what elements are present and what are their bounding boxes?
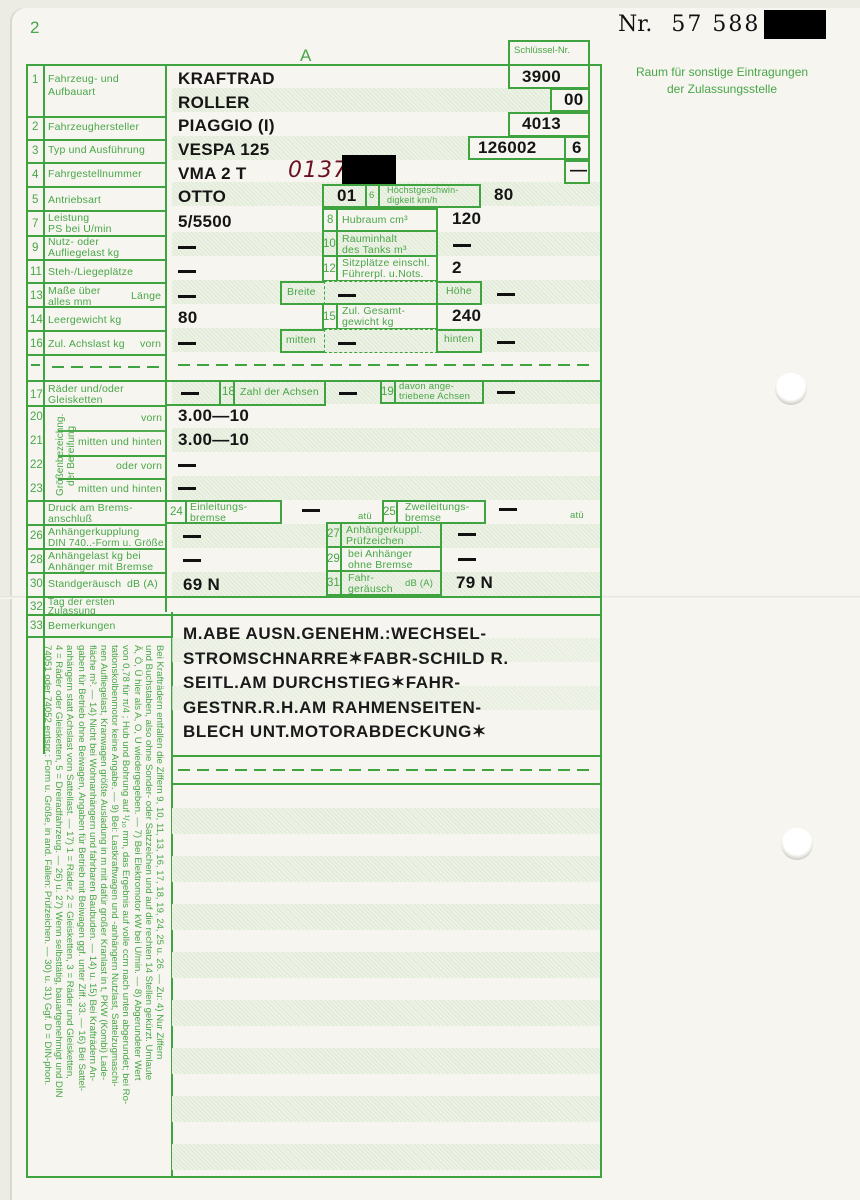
field-label: PS bei U/min [48,224,112,235]
footnote-line: von 0,78 für π/4 ; Hub und Bohrung auf ¹… [120,645,131,1104]
field-label: Antriebsart [48,195,101,206]
standing-noise-value: 69 N [183,575,220,595]
remarks-line: SEITL.AM DURCHSTIEG✶FAHR- [183,671,509,696]
footnote-line: Bei Krafträdern entfallen die Ziffern 9,… [154,645,165,1104]
redaction-box [764,10,826,39]
tire-group-label-line2: der Bereifung [67,414,78,496]
field-label: Zahl der Achsen [240,387,319,398]
field-number: 12 [323,263,336,275]
field-label: ohne Bremse [348,560,413,571]
rear-tire-value: 3.00—10 [178,430,249,450]
field-label: Hubraum cm³ [342,215,408,226]
footnote-line: fläche m². — 14) Nicht bei Wohnanhängern… [87,645,98,1104]
empty-value-dash [183,559,201,562]
remarks-text: M.ABE AUSN.GENEHM.:WECHSEL- STROMSCHNARR… [183,622,509,745]
field-number: 3 [32,145,38,157]
empty-value-dash [181,392,199,395]
key-value: 3900 [522,67,561,87]
field-number: 11 [30,266,42,278]
empty-value-dash [499,508,517,511]
field-number: 22 [30,459,43,471]
field-number: 33 [30,620,43,632]
field-sublabel: mitten [286,335,316,346]
field-number: 19 [381,386,394,398]
field-number: 25 [383,506,396,518]
empty-value-dash [178,270,196,273]
field-number: 30 [30,578,43,590]
field-label: mitten und hinten [78,484,162,495]
key-value: 4013 [522,114,561,134]
footnote-line: gaben für Betrieb ohne Beiwagen, Angaben… [75,645,86,1104]
empty-value-dash [338,342,356,345]
footnote-line: 74051 oder 74052 entspr.: Form u. Größe,… [42,645,53,1104]
field-sublabel: hinten [444,334,474,345]
footnote-line: 4 = Räder oder Gleisketten, 5 = Dreiradf… [53,645,64,1104]
document-number-value: 57 588 [671,12,760,37]
field-number: 32 [30,601,43,613]
field-number: 9 [32,242,38,254]
field-number: 20 [30,411,43,423]
footnote-line: und Buchstaben, also ohne Sonder- oder S… [143,645,154,1104]
unit-label: atü [358,511,372,522]
document-number-prefix: Nr. [618,12,652,37]
field-number: 24 [170,506,183,518]
field-label: Fahrzeughersteller [48,122,139,133]
key-value: 00 [564,90,584,110]
field-label: Prüfzeichen [346,536,404,547]
unit-label: atü [570,510,584,521]
footnotes: Bei Krafträdern entfallen die Ziffern 9,… [42,645,165,1104]
field-number: 14 [30,314,43,326]
field-label: gewicht kg [342,317,394,328]
field-label: Steh-/Liegeplätze [48,267,133,278]
empty-value-dash [458,558,476,561]
handwritten-chassis-number: 0137 [288,158,348,183]
field-number: 21 [30,435,43,447]
empty-value-dash [178,464,196,467]
key-header: Schlüssel-Nr. [514,45,570,56]
field-sublabel: Länge [131,291,161,302]
field-label: Gleisketten [48,395,103,406]
fuel-type-value: OTTO [178,187,226,207]
empty-value-dash [183,535,201,538]
body-type-value: ROLLER [178,93,250,113]
field-label: oder vorn [116,461,162,472]
column-header: A [300,46,311,66]
field-number: 13 [30,290,43,302]
field-label: Standgeräusch [48,579,121,590]
vehicle-type-value: KRAFTRAD [178,69,275,89]
field-number: 4 [32,169,38,181]
field-number: 31 [327,577,340,589]
note-line-2: der Zulassungsstelle [617,81,827,98]
field-number: 29 [327,553,340,565]
remarks-line: M.ABE AUSN.GENEHM.:WECHSEL- [183,622,509,647]
empty-value-dash [178,246,196,249]
displacement-value: 120 [452,209,481,229]
footnote-line: Ä, Ö, Ü hier als A, O, U wiedergegeben. … [131,645,142,1104]
remarks-line: BLECH UNT.MOTORABDECKUNG✶ [183,720,509,745]
chassis-number-value: VMA 2 T [178,164,247,184]
empty-value-dash [302,509,320,512]
empty-value-dash [178,342,196,345]
field-sublabel: vorn [140,339,161,350]
field-label: Fahrgestellnummer [48,169,142,180]
field-label: geräusch [348,584,393,595]
key-value: 6 [572,138,582,158]
empty-value-dash [178,487,196,490]
empty-weight-value: 80 [178,308,198,328]
field-number: 8 [327,214,333,226]
field-label: Führerpl. u.Nots. [342,269,424,280]
field-number: 23 [30,483,43,495]
field-label: Typ und Ausführung [48,145,145,156]
key-value: 01 [337,186,357,206]
remarks-line: STROMSCHNARRE✶FABR-SCHILD R. [183,647,509,672]
tire-group-label: Größenbezeichng. der Bereifung [56,414,77,496]
field-number: 18 [222,386,235,398]
field-label: DIN 740..-Form u. Größe [48,538,164,549]
punch-hole [775,373,807,405]
field-label: Aufliegelast kg [48,248,119,259]
power-value: 5/5500 [178,212,232,232]
redaction-box [342,155,396,185]
front-tire-value: 3.00—10 [178,406,249,426]
field-number: 27 [327,528,340,540]
remarks-line: GESTNR.R.H.AM RAHMENSEITEN- [183,696,509,721]
manufacturer-value: PIAGGIO (I) [178,116,275,136]
field-label: triebene Achsen [399,392,470,402]
top-speed-value: 80 [494,185,514,205]
field-label: Zulassung [48,607,96,617]
empty-value-dash [339,392,357,395]
field-label: anschluß [48,514,92,525]
key-value: 126002 [478,138,537,158]
empty-value-dash [497,391,515,394]
field-label: Zul. Achslast kg [48,339,125,350]
unit-label: dB (A) [127,579,158,590]
footnote-line: nen Aufliegelast, Kranwagen größte Ausla… [98,645,109,1104]
field-number: 10 [323,238,336,250]
field-number: 17 [30,389,43,401]
field-number: 28 [30,554,43,566]
field-number: 5 [32,194,38,206]
tire-group-label-line1: Größenbezeichng. [56,414,67,496]
empty-value-dash [497,341,515,344]
gross-weight-value: 240 [452,306,481,326]
field-number: 7 [32,218,38,230]
field-label: Leergewicht kg [48,315,121,326]
unit-label: dB (A) [405,578,433,589]
footnote-line: tationskolbenmotor keine Angabe. — 9) Be… [109,645,120,1104]
field-number-blank [31,364,40,366]
empty-value-dash [453,244,471,247]
driving-noise-value: 79 N [456,573,493,593]
field-sublabel: Breite [287,287,316,298]
field-number: 1 [32,74,38,86]
field-label: mitten und hinten [78,437,162,448]
field-label: bremse [190,513,226,524]
note-line-1: Raum für sonstige Eintragungen [617,64,827,81]
field-number: 15 [323,311,336,323]
key-value: — [570,160,587,180]
field-label: vorn [141,413,162,424]
model-value: VESPA 125 [178,140,270,160]
field-label: Anhänger mit Bremse [48,562,153,573]
field-label: digkeit km/h [387,196,437,206]
field-number: 6 [369,190,374,201]
registration-office-note: Raum für sonstige Eintragungen der Zulas… [617,64,827,98]
punch-hole [781,828,813,860]
empty-value-dash [458,533,476,536]
field-number: 2 [32,121,38,133]
empty-value-dash [178,295,196,298]
footnote-line: anhängern statt Achslast vorn Sattellast… [64,645,75,1104]
seats-value: 2 [452,258,462,278]
field-number: 16 [30,338,43,350]
empty-value-dash [338,294,356,297]
field-sublabel: Höhe [446,286,472,297]
field-number: 26 [30,530,43,542]
field-label: Anhängerkupplung [48,527,139,538]
field-label: Aufbauart [48,87,95,98]
page-number: 2 [30,18,39,38]
empty-value-dash [497,293,515,296]
field-label: Fahrzeug- und [48,74,119,85]
field-label: alles mm [48,297,92,308]
document-number: Nr. 57 588 [618,12,760,37]
field-label: Bemerkungen [48,621,116,632]
